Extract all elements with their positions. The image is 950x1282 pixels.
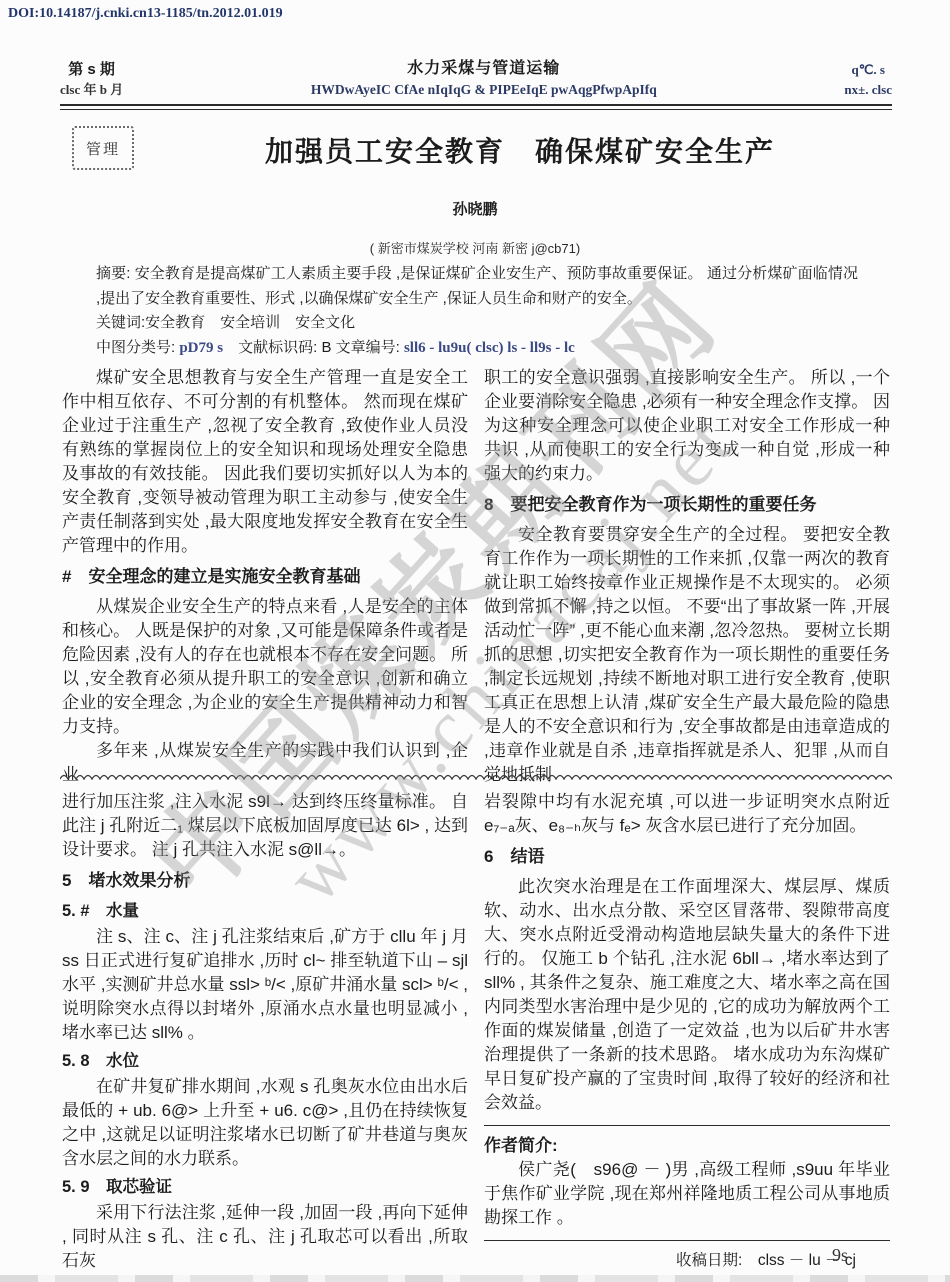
paragraph: 职工的安全意识强弱 ,直接影响安全生产。 所以 ,一个企业要消除安全隐患 ,必须… xyxy=(484,366,890,486)
paragraph: 煤矿安全思想教育与安全生产管理一直是安全工作中相互依存、不可分割的有机整体。 然… xyxy=(62,366,468,558)
category-badge: 管理 xyxy=(72,126,134,170)
left-column: 煤矿安全思想教育与安全生产管理一直是安全工作中相互依存、不可分割的有机整体。 然… xyxy=(62,366,468,770)
article-title: 加强员工安全教育 确保煤矿安全生产 xyxy=(150,130,890,170)
subsection-heading-5-2: 5. 8 水位 xyxy=(62,1049,468,1073)
abstract-block: 摘要: 安全教育是提高煤矿工人素质主要手段 ,是保证煤矿企业安生产、预防事故重要… xyxy=(96,262,858,360)
subsection-heading-5-3: 5. 9 取芯验证 xyxy=(62,1175,468,1199)
wavy-divider xyxy=(60,772,892,782)
paragraph: 采用下行法注浆 ,延伸一段 ,加固一段 ,再向下延伸 , 同时从注 s 孔、注 … xyxy=(62,1201,468,1273)
author-bio-text: 侯广尧( s96@ － )男 ,高级工程师 ,s9uu 年毕业于焦作矿业学院 ,… xyxy=(484,1158,890,1230)
volume-line2: nx±. clsc xyxy=(844,80,892,100)
issue-date: clsc 年 b 月 xyxy=(60,80,123,100)
keywords-text: 关键词:安全教育 安全培训 安全文化 xyxy=(96,311,858,336)
body-columns-top: 煤矿安全思想教育与安全生产管理一直是安全工作中相互依存、不可分割的有机整体。 然… xyxy=(62,366,890,770)
article-id-value: sll6 - lu9u( clsc) ls - ll9s - lc xyxy=(404,340,575,356)
section-heading-2: 8 要把安全教育作为一项长期性的重要任务 xyxy=(484,493,890,517)
paragraph: 此次突水治理是在工作面埋深大、煤层厚、煤质软、动水、出水点分散、采空区冒落带、裂… xyxy=(484,875,890,1115)
right-column: 职工的安全意识强弱 ,直接影响安全生产。 所以 ,一个企业要消除安全隐患 ,必须… xyxy=(484,366,890,770)
doi-text: DOI:10.14187/j.cnki.cn13-1185/tn.2012.01… xyxy=(8,6,283,22)
scan-edge-artifact xyxy=(0,1275,950,1282)
left-column-bottom: 进行加压注浆 ,注入水泥 s9l→ 达到终压终量标准。 自此注 j 孔附近二₁ … xyxy=(62,790,468,1260)
section-heading-1: # 安全理念的建立是实施安全教育基础 xyxy=(62,565,468,589)
issue-block: 第 s 期 clsc 年 b 月 xyxy=(60,60,123,100)
right-column-bottom: 岩裂隙中均有水泥充填 ,可以进一步证明突水点附近 e₇₋ₐ灰、e₈₋ₕ灰与 fₑ… xyxy=(484,790,890,1260)
subsection-heading-5-1: 5. # 水量 xyxy=(62,899,468,923)
volume-block: q℃. s nx±. clsc xyxy=(844,60,892,100)
section-heading-6: 6 结语 xyxy=(484,845,890,869)
page-number: 9s xyxy=(832,1245,848,1266)
affiliation: ( 新密市煤炭学校 河南 新密 j@cb71) xyxy=(0,238,950,257)
paragraph: 进行加压注浆 ,注入水泥 s9l→ 达到终压终量标准。 自此注 j 孔附近二₁ … xyxy=(62,790,468,862)
clc-value: pD79 s xyxy=(179,340,223,356)
journal-title-block: 水力采煤与管道运输 HWDwAyeIC CfAe nIqIqG & PIPEeI… xyxy=(311,58,657,100)
section-heading-5: 5 堵水效果分析 xyxy=(62,869,468,893)
clc-line: 中图分类号: pD79 s 文献标识码: B 文章编号: sll6 - lu9u… xyxy=(96,336,858,361)
document-code-label: 文献标识码: B 文章编号: xyxy=(223,339,404,356)
paragraph: 注 s、注 c、注 j 孔注浆结束后 ,矿方于 cllu 年 j 月 ss 日正… xyxy=(62,925,468,1045)
author-bio-top-rule xyxy=(484,1125,890,1126)
received-date: 收稿日期: clss － lu － cj xyxy=(484,1249,890,1273)
author-bio-label: 作者简介: xyxy=(484,1134,890,1158)
journal-title-cn: 水力采煤与管道运输 xyxy=(311,58,657,79)
paragraph: 岩裂隙中均有水泥充填 ,可以进一步证明突水点附近 e₇₋ₐ灰、e₈₋ₕ灰与 fₑ… xyxy=(484,790,890,838)
paragraph: 从煤炭企业安全生产的特点来看 ,人是安全的主体和核心。 人既是保护的对象 ,又可… xyxy=(62,595,468,739)
clc-label: 中图分类号: xyxy=(96,339,179,356)
paragraph: 在矿井复矿排水期间 ,水观 s 孔奥灰水位由出水后最低的 + ub. 6@> 上… xyxy=(62,1075,468,1171)
body-columns-bottom: 进行加压注浆 ,注入水泥 s9l→ 达到终压终量标准。 自此注 j 孔附近二₁ … xyxy=(62,790,890,1260)
journal-page: DOI:10.14187/j.cnki.cn13-1185/tn.2012.01… xyxy=(0,0,950,1282)
masthead: 第 s 期 clsc 年 b 月 水力采煤与管道运输 HWDwAyeIC CfA… xyxy=(60,58,892,100)
author-name: 孙晓鹏 xyxy=(0,198,950,219)
abstract-text: 摘要: 安全教育是提高煤矿工人素质主要手段 ,是保证煤矿企业安生产、预防事故重要… xyxy=(96,262,858,311)
author-bio-bottom-rule xyxy=(484,1240,890,1241)
paragraph: 安全教育要贯穿安全生产的全过程。 要把安全教育工作作为一项长期性的工作来抓 ,仅… xyxy=(484,523,890,787)
journal-title-en: HWDwAyeIC CfAe nIqIqG & PIPEeIqE pwAqgPf… xyxy=(311,79,657,100)
issue-number: 第 s 期 xyxy=(60,60,123,80)
volume-line1: q℃. s xyxy=(844,60,892,80)
header-double-rule xyxy=(60,104,892,110)
